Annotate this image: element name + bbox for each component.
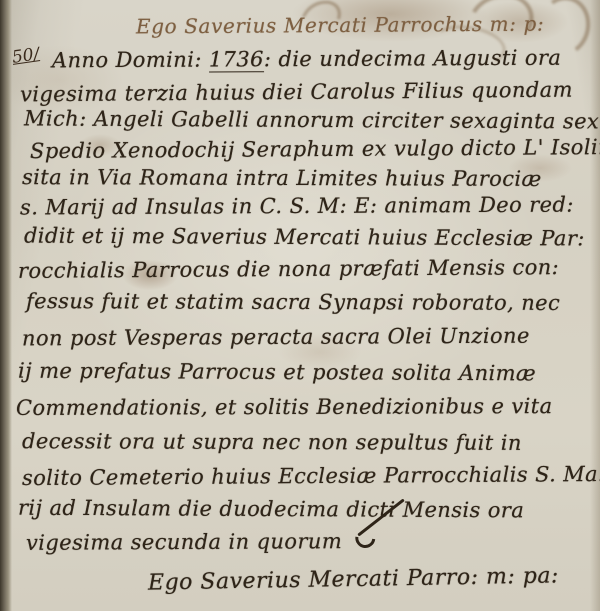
body-line: rocchialis Parrocus die nona præfati Men…	[18, 255, 559, 283]
body-line: vigesima terzia huius diei Carolus Filiu…	[20, 78, 573, 107]
margin-entry-number: 50/	[11, 44, 41, 68]
body-line: decessit ora ut supra nec non sepultus f…	[22, 429, 522, 455]
body-line: Anno Domini: 1736: die undecima Augusti …	[52, 46, 561, 73]
header-priest-attestation: Ego Saverius Mercati Parrochus m: p:	[136, 12, 544, 39]
body-line: didit et ij me Saverius Mercati huius Ec…	[24, 224, 585, 251]
body-line: Mich: Angeli Gabelli annorum circiter se…	[24, 106, 600, 133]
body-line: Commendationis, et solitis Benedizionibu…	[16, 394, 553, 420]
manuscript-page: Ego Saverius Mercati Parrochus m: p: 50/…	[0, 0, 600, 611]
body-line: ij me prefatus Parrocus et postea solita…	[18, 359, 536, 386]
priest-signature: Ego Saverius Mercati Parro: m: pa:	[148, 563, 559, 595]
body-line: Spedio Xenodochij Seraphum ex vulgo dict…	[30, 135, 600, 163]
body-line: non post Vesperas peracta sacra Olei Unz…	[22, 324, 530, 351]
body-line: fessus fuit et statim sacra Synapsi robo…	[26, 289, 560, 315]
body-line: sita in Via Romana intra Limites huius P…	[22, 165, 542, 191]
opening-prefix: Anno Domini:	[52, 48, 209, 73]
body-line: s. Marij ad Insulas in C. S. M: E: anima…	[20, 193, 574, 220]
page-right-edge	[590, 0, 600, 611]
body-line: vigesima secunda in quorum	[26, 529, 342, 555]
body-line: solito Cemeterio huius Ecclesiæ Parrocch…	[22, 462, 600, 490]
year-value: 1736	[209, 47, 264, 72]
book-binding-edge	[0, 0, 12, 611]
body-line: rij ad Insulam die duodecima dicti Mensi…	[18, 496, 524, 523]
opening-suffix: : die undecima Augusti ora	[264, 46, 562, 72]
